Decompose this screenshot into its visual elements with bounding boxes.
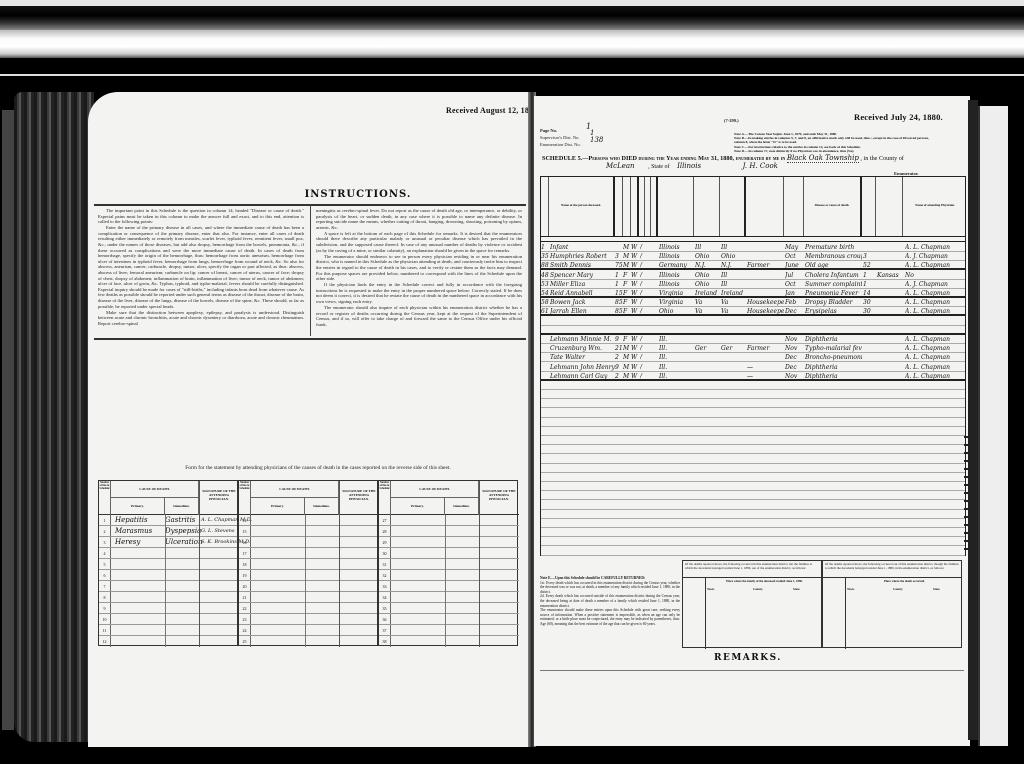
line-number: 32 bbox=[379, 570, 391, 580]
cell-physician: A. L. Chapman bbox=[905, 243, 967, 252]
col-mother-birthplace bbox=[720, 177, 746, 236]
cell-physician: A. L. Chapman bbox=[905, 363, 967, 372]
primary-cause: Marasmus bbox=[115, 526, 152, 537]
cell-age: 85 bbox=[615, 307, 623, 316]
cell-family: 88 bbox=[541, 261, 549, 270]
cell-resident: 30 bbox=[863, 307, 876, 316]
cell-birth: Ill. bbox=[659, 372, 694, 381]
county-field: McLean bbox=[606, 162, 635, 170]
cell-color: W bbox=[631, 335, 639, 344]
line-number: 27 bbox=[379, 515, 391, 525]
cell-resident: 3 bbox=[863, 252, 876, 261]
cell-physician: A. L. Chapman bbox=[905, 307, 967, 316]
cell-resident: 30 bbox=[863, 298, 876, 307]
table-row bbox=[541, 510, 965, 519]
cell-cause: Diphtheria bbox=[805, 372, 862, 381]
scan-band bbox=[0, 6, 1024, 30]
table-row: 27 bbox=[379, 515, 519, 526]
instruction-paragraph: The important point in this Schedule is … bbox=[98, 208, 304, 225]
column-divider bbox=[479, 481, 480, 647]
cell-marital: / bbox=[640, 252, 646, 261]
line-number: 33 bbox=[379, 581, 391, 591]
scan-band bbox=[0, 30, 1024, 58]
cell-cause: Old age bbox=[805, 261, 862, 270]
table-row: 23 bbox=[239, 614, 377, 625]
table-row: 53Miller Eliza1FW/IllinoisOhioIllOctSumm… bbox=[541, 280, 965, 289]
state-field: Illinois bbox=[677, 162, 701, 170]
line-number-header: Number of line in Schedule bbox=[379, 481, 391, 515]
immediate-header: Immediate. bbox=[445, 498, 479, 515]
cell-name: Smith Dennis bbox=[550, 261, 615, 270]
cell-month: Nov bbox=[785, 372, 804, 381]
cell-birth: Germany bbox=[659, 261, 694, 270]
cell-month: Oct bbox=[785, 280, 804, 289]
instructions-title: INSTRUCTIONS. bbox=[238, 189, 478, 200]
table-row: 48Spencer Mary1FW/IllinoisOhioIllJulChol… bbox=[541, 271, 965, 280]
cell-occupation: Farmer bbox=[747, 261, 784, 270]
line-number: 12 bbox=[99, 636, 111, 647]
cell-physician: A. L. Chapman bbox=[905, 344, 967, 353]
cell-month: Dec bbox=[785, 363, 804, 372]
table-row: Tate Walter2MW/Ill.DecBroncho-pneumoniaA… bbox=[541, 353, 965, 362]
line-number: 25 bbox=[239, 636, 251, 647]
physician-signature: G. L. Stevens bbox=[201, 526, 234, 537]
line-number-header: Number of line in Schedule bbox=[99, 481, 111, 515]
cell-mother-birth: Ill bbox=[721, 280, 746, 289]
cell-age: 85 bbox=[615, 298, 623, 307]
cell-marital: / bbox=[640, 353, 646, 362]
table-row bbox=[541, 418, 965, 427]
signature-header: SIGNATURE OF THE ATTENDING PHYSICIAN. bbox=[339, 489, 379, 501]
table-row bbox=[541, 399, 965, 408]
cell-family: 48 bbox=[541, 271, 549, 280]
immediate-cause: Dyspepsia bbox=[165, 526, 201, 537]
header-label: Disease or cause of death. bbox=[804, 203, 860, 207]
cell-month: Dec bbox=[785, 307, 804, 316]
col-cause: Disease or cause of death. bbox=[804, 177, 862, 236]
page-no-label: Page No. bbox=[540, 128, 557, 133]
table-row bbox=[541, 491, 965, 500]
line-number: 19 bbox=[239, 570, 251, 580]
cell-sex: M bbox=[623, 344, 631, 353]
cell-resident: 1 bbox=[863, 280, 876, 289]
cell-mother-birth: Ill bbox=[721, 271, 746, 280]
line-number: 22 bbox=[239, 603, 251, 613]
cell-mother-birth: Ger bbox=[721, 344, 746, 353]
county-state-line: McLean , State of Illinois J. H. Cook bbox=[606, 162, 778, 170]
col-father-birthplace bbox=[694, 177, 720, 236]
table-row: 21 bbox=[239, 592, 377, 603]
cell-mother-birth: Va bbox=[721, 298, 746, 307]
cell-occupation: Housekeeper bbox=[747, 298, 784, 307]
column-divider bbox=[445, 515, 446, 647]
line-number: 21 bbox=[239, 592, 251, 602]
table-row: 18 bbox=[239, 559, 377, 570]
county-label: , in the County of bbox=[860, 155, 903, 162]
scan-band bbox=[0, 74, 1024, 76]
table-row: 8 bbox=[99, 592, 237, 603]
cell-contracted: Kansas bbox=[877, 271, 903, 280]
column-number-row bbox=[541, 237, 965, 242]
col-physician: Name of attending Physician. bbox=[903, 177, 967, 236]
line-number: 16 bbox=[239, 537, 251, 547]
cell-sex: F bbox=[623, 298, 631, 307]
cell-color: W bbox=[631, 280, 639, 289]
col-state: State. bbox=[933, 587, 940, 591]
table-header: Name of the person deceased. Disease or … bbox=[541, 177, 965, 237]
cell-physician: A. J. Chapman bbox=[905, 252, 967, 261]
table-row bbox=[541, 381, 965, 390]
table-header: Number of line in Schedule CAUSE OF DEAT… bbox=[99, 481, 237, 515]
cell-marital: / bbox=[640, 363, 646, 372]
cell-birth: Ill. bbox=[659, 353, 694, 362]
cell-color: W bbox=[631, 243, 639, 252]
col-sex bbox=[623, 177, 631, 236]
table-row: 4 bbox=[99, 548, 237, 559]
book-edge-outer bbox=[2, 110, 14, 730]
cell-marital: / bbox=[640, 307, 646, 316]
cell-color: W bbox=[631, 271, 639, 280]
cell-marital: / bbox=[640, 335, 646, 344]
table-row: 54Reid Annabell15FW/VirginiaIrelandIrela… bbox=[541, 289, 965, 298]
cell-name: Reid Annabell bbox=[550, 289, 615, 298]
col-state: State. bbox=[793, 587, 800, 591]
note-b: Note B.—In making entries in columns 5, … bbox=[734, 136, 934, 144]
cell-name: Lehmann Carl Guy bbox=[550, 372, 615, 381]
line-number: 30 bbox=[379, 548, 391, 558]
cell-physician: A. L. Chapman bbox=[905, 335, 967, 344]
cell-father-birth: Va bbox=[695, 307, 720, 316]
cell-resident: 52 bbox=[863, 261, 876, 270]
table-row bbox=[541, 436, 965, 445]
col-occupation bbox=[746, 177, 784, 236]
signature-header: SIGNATURE OF THE ATTENDING PHYSICIAN. bbox=[199, 489, 239, 501]
table-row bbox=[541, 326, 965, 335]
line-number: 17 bbox=[239, 548, 251, 558]
cell-physician: A. J. Chapman bbox=[905, 280, 967, 289]
cell-cause: Typho-malarial fever bbox=[805, 344, 862, 353]
cell-father-birth: Ger bbox=[695, 344, 720, 353]
col-family-no bbox=[541, 177, 549, 236]
instruction-paragraph: Make sure that the distinction between a… bbox=[98, 310, 304, 327]
header-label: Name of the person deceased. bbox=[549, 203, 613, 207]
table-row: 37 bbox=[379, 625, 519, 636]
line-number: 2 bbox=[99, 526, 111, 536]
cell-color: W bbox=[631, 353, 639, 362]
cell-marital: / bbox=[640, 344, 646, 353]
table-row: Lehmann Minnie M.9FW/Ill.NovDiphtheriaA.… bbox=[541, 335, 965, 344]
cell-father-birth: Ohio bbox=[695, 271, 720, 280]
table-row: 3 Heresy Ulceration S. K. Brookins M.D. bbox=[99, 537, 237, 548]
cell-cause: Diphtheria bbox=[805, 335, 862, 344]
table-row bbox=[541, 464, 965, 473]
cell-physician: A. L. Chapman bbox=[905, 261, 967, 270]
cause-of-death-header: CAUSE OF DEATH. bbox=[111, 481, 199, 498]
cell-age: 2 bbox=[615, 353, 623, 362]
cell-sex: M bbox=[623, 252, 631, 261]
cell-cause: Dropsy Bladder bbox=[805, 298, 862, 307]
cell-resident: 14 bbox=[863, 289, 876, 298]
table-row: 34 bbox=[379, 592, 519, 603]
divider bbox=[540, 670, 964, 671]
cell-physician: A. L. Chapman bbox=[905, 289, 967, 298]
table-row: 7 bbox=[99, 581, 237, 592]
schedule-heading: SCHEDULE 5.—Persons who DIED during the … bbox=[542, 154, 904, 162]
note-e: Note E.—Upon this Schedule should be CAR… bbox=[540, 576, 680, 627]
line-number: 5 bbox=[99, 559, 111, 569]
cell-father-birth: Ohio bbox=[695, 280, 720, 289]
primary-header: Primary. bbox=[251, 498, 305, 515]
table-row bbox=[541, 473, 965, 482]
divider bbox=[94, 338, 526, 340]
col-county: County. bbox=[753, 587, 763, 591]
table-row: 10 bbox=[99, 614, 237, 625]
col-county: County. bbox=[893, 587, 903, 591]
table-row: 1InfantMW/IllinoisIllIllMayPremature bir… bbox=[541, 243, 965, 252]
line-number: 31 bbox=[379, 559, 391, 569]
deaths-inside-residence-box: Of the deaths reported above, the follow… bbox=[822, 560, 962, 648]
table-row: 17 bbox=[239, 548, 377, 559]
left-page: Received August 12, 18 INSTRUCTIONS. The… bbox=[88, 92, 530, 747]
cell-color: W bbox=[631, 307, 639, 316]
table-row: Cruzenburg Wm.21MW/Ill.GerGerFarmerNovTy… bbox=[541, 344, 965, 353]
box-caption: Of the deaths reported above, the follow… bbox=[823, 561, 961, 573]
cell-father-birth: N.J. bbox=[695, 261, 720, 270]
book-page-edges bbox=[14, 92, 94, 742]
cell-marital: / bbox=[640, 243, 646, 252]
enumerator-field: J. H. Cook bbox=[743, 162, 778, 170]
col-color bbox=[631, 177, 639, 236]
line-number: 34 bbox=[379, 592, 391, 602]
cell-mother-birth: Va bbox=[721, 307, 746, 316]
cell-father-birth: Ohio bbox=[695, 252, 720, 261]
immediate-cause: Gastritis bbox=[165, 515, 195, 526]
cell-mother-birth: Ill bbox=[721, 243, 746, 252]
cell-sex: F bbox=[623, 280, 631, 289]
cell-color: W bbox=[631, 363, 639, 372]
next-page-edge bbox=[978, 106, 1008, 746]
cell-age: 1 bbox=[615, 271, 623, 280]
table-row bbox=[541, 519, 965, 528]
box-group: Place where the family of the deceased r… bbox=[706, 579, 823, 583]
line-number: 15 bbox=[239, 526, 251, 536]
table-row: 58Bowen Jack85FW/VirginiaVaVaHousekeeper… bbox=[541, 298, 965, 307]
cell-sex: F bbox=[623, 271, 631, 280]
scanner-border-top bbox=[0, 0, 1024, 80]
immediate-cause: Ulceration bbox=[165, 537, 203, 548]
line-number: 1 bbox=[99, 515, 111, 525]
box-group: Place where the death occurred. bbox=[846, 579, 963, 583]
box-caption: Of the deaths reported above, the follow… bbox=[683, 561, 821, 573]
table-row bbox=[541, 528, 965, 537]
line-number: 10 bbox=[99, 614, 111, 624]
table-row: Lehmann John Henry9MW/Ill.—DecDiphtheria… bbox=[541, 363, 965, 372]
cell-month: Feb bbox=[785, 298, 804, 307]
line-number: 11 bbox=[99, 625, 111, 635]
received-stamp: Received July 24, 1880. bbox=[854, 112, 943, 122]
table-row: 32 bbox=[379, 570, 519, 581]
cell-physician: No bbox=[905, 271, 967, 280]
line-number: 4 bbox=[99, 548, 111, 558]
note-e-paragraph: The enumerator should make these entries… bbox=[540, 608, 680, 626]
cell-birth: Ill. bbox=[659, 363, 694, 372]
cell-sex: M bbox=[623, 243, 631, 252]
table-row: 2 Marasmus Dyspepsia G. L. Stevens bbox=[99, 526, 237, 537]
cell-family: 61 bbox=[541, 307, 549, 316]
line-number: 8 bbox=[99, 592, 111, 602]
cell-month: May bbox=[785, 243, 804, 252]
col-town: Town. bbox=[847, 587, 855, 591]
deaths-table: Name of the person deceased. Disease or … bbox=[540, 176, 966, 556]
table-row: 6 bbox=[99, 570, 237, 581]
col-widowed bbox=[651, 177, 658, 236]
table-row: 61Jarrah Ellen85FW/OhioVaVaHousekeeperDe… bbox=[541, 307, 965, 316]
cell-marital: / bbox=[640, 298, 646, 307]
deaths-outside-residence-box: Of the deaths reported above, the follow… bbox=[682, 560, 822, 648]
table-row: 15 bbox=[239, 526, 377, 537]
col-town: Town. bbox=[707, 587, 715, 591]
cell-sex: M bbox=[623, 363, 631, 372]
immediate-header: Immediate. bbox=[305, 498, 339, 515]
table-header: Number of line in Schedule CAUSE OF DEAT… bbox=[379, 481, 519, 515]
table-row: 5 bbox=[99, 559, 237, 570]
note-d: Note D.—In column 17, note distinctly if… bbox=[734, 149, 934, 153]
schedule-notes: Note A.—The Census Year begins June 1, 1… bbox=[734, 132, 934, 153]
table-header: Number of line in Schedule CAUSE OF DEAT… bbox=[239, 481, 377, 515]
cell-month: Dec bbox=[785, 353, 804, 362]
cell-marital: / bbox=[640, 289, 646, 298]
cell-age: 75 bbox=[615, 261, 623, 270]
physician-table-section-3: Number of line in Schedule CAUSE OF DEAT… bbox=[379, 481, 519, 645]
cell-cause: Broncho-pneumonia bbox=[805, 353, 862, 362]
table-row bbox=[541, 537, 965, 546]
cell-cause: Erysipelas bbox=[805, 307, 862, 316]
cell-marital: / bbox=[640, 280, 646, 289]
book-edge-right bbox=[968, 100, 978, 740]
table-row bbox=[541, 445, 965, 454]
physician-table-section-1: Number of line in Schedule CAUSE OF DEAT… bbox=[99, 481, 239, 645]
column-divider bbox=[339, 481, 340, 647]
line-number: 38 bbox=[379, 636, 391, 647]
line-number: 14 bbox=[239, 515, 251, 525]
cell-name: Jarrah Ellen bbox=[550, 307, 615, 316]
cell-birth: Virginia bbox=[659, 298, 694, 307]
line-number: 36 bbox=[379, 614, 391, 624]
column-divider bbox=[165, 515, 166, 647]
line-number: 3 bbox=[99, 537, 111, 547]
cause-of-death-header: CAUSE OF DEATH. bbox=[251, 481, 339, 498]
table-row: 14 bbox=[239, 515, 377, 526]
table-row: 36 bbox=[379, 614, 519, 625]
cell-birth: Illinois bbox=[659, 252, 694, 261]
cell-birth: Illinois bbox=[659, 280, 694, 289]
line-number: 6 bbox=[99, 570, 111, 580]
cell-name: Tate Walter bbox=[550, 353, 615, 362]
right-page: (7-299.) Received July 24, 1880. Page No… bbox=[534, 96, 970, 746]
cell-occupation: Housekeeper bbox=[747, 307, 784, 316]
table-row: Lehmann Carl Guy2MW/Ill.—NovDiphtheriaA.… bbox=[541, 372, 965, 381]
instruction-paragraph: If the physician finds the entry in the … bbox=[316, 282, 522, 304]
cell-month: June bbox=[785, 261, 804, 270]
cell-family: 58 bbox=[541, 298, 549, 307]
line-number: 24 bbox=[239, 625, 251, 635]
table-row: 29 bbox=[379, 537, 519, 548]
col-birthplace bbox=[658, 177, 694, 236]
line-number: 37 bbox=[379, 625, 391, 635]
cell-color: W bbox=[631, 298, 639, 307]
line-number: 35 bbox=[379, 603, 391, 613]
primary-cause: Hepatitis bbox=[115, 515, 148, 526]
primary-header: Primary. bbox=[391, 498, 445, 515]
cause-of-death-header: CAUSE OF DEATH. bbox=[391, 481, 479, 498]
cell-color: W bbox=[631, 261, 639, 270]
cell-birth: Ohio bbox=[659, 307, 694, 316]
line-number: 23 bbox=[239, 614, 251, 624]
cell-cause: Diphtheria bbox=[805, 363, 862, 372]
table-row bbox=[541, 482, 965, 491]
instruction-paragraph: The enumerator should also inquire of ea… bbox=[316, 305, 522, 327]
physician-form-caption: Form for the statement by attending phys… bbox=[118, 465, 518, 471]
enumeration-dist-value: 138 bbox=[590, 136, 603, 144]
col-residence bbox=[862, 177, 876, 236]
cell-father-birth: Va bbox=[695, 298, 720, 307]
instruction-paragraph: Enter the name of the primary disease in… bbox=[98, 225, 304, 309]
cell-name: Miller Eliza bbox=[550, 280, 615, 289]
primary-cause: Heresy bbox=[115, 537, 140, 548]
table-row: 35Humphries Robert3MW/IllinoisOhioOhioOc… bbox=[541, 252, 965, 261]
cell-mother-birth: Ireland bbox=[721, 289, 746, 298]
table-row bbox=[541, 547, 965, 556]
cell-cause: Membranous croup bbox=[805, 252, 862, 261]
cell-sex: F bbox=[623, 289, 631, 298]
cell-occupation: — bbox=[747, 372, 784, 381]
cell-physician: A. L. Chapman bbox=[905, 353, 967, 362]
cell-family: 53 bbox=[541, 280, 549, 289]
column-divider bbox=[199, 481, 200, 647]
line-number: 7 bbox=[99, 581, 111, 591]
supervisor-dist-label: Supervisor's Dist. No. bbox=[540, 135, 580, 140]
cell-occupation: Farmer bbox=[747, 344, 784, 353]
table-row: 33 bbox=[379, 581, 519, 592]
remarks-title: REMARKS. bbox=[714, 653, 782, 663]
cell-physician: A. L. Chapman bbox=[905, 298, 967, 307]
table-row bbox=[541, 317, 965, 326]
cell-sex: M bbox=[623, 261, 631, 270]
instructions-column-2: meningitis as cerebro-spinal fever. Do n… bbox=[316, 208, 522, 328]
township-field: Black Oak Township bbox=[787, 154, 859, 163]
table-row: 16 bbox=[239, 537, 377, 548]
col-age bbox=[615, 177, 623, 236]
enumeration-dist-label: Enumeration Dist. No. bbox=[540, 142, 581, 147]
instruction-paragraph: A space is left at the bottom of each pa… bbox=[316, 231, 522, 253]
cell-age: 2 bbox=[615, 372, 623, 381]
cell-birth: Ill. bbox=[659, 335, 694, 344]
cell-marital: / bbox=[640, 271, 646, 280]
table-row: 22 bbox=[239, 603, 377, 614]
cell-family: 54 bbox=[541, 289, 549, 298]
table-row: 35 bbox=[379, 603, 519, 614]
cell-month: Jan bbox=[785, 289, 804, 298]
table-row: 28 bbox=[379, 526, 519, 537]
table-row: 24 bbox=[239, 625, 377, 636]
cell-age: 9 bbox=[615, 335, 623, 344]
table-row bbox=[541, 455, 965, 464]
cell-mother-birth: Ohio bbox=[721, 252, 746, 261]
table-row bbox=[541, 501, 965, 510]
cell-color: W bbox=[631, 344, 639, 353]
table-row bbox=[541, 427, 965, 436]
cell-age: 9 bbox=[615, 363, 623, 372]
